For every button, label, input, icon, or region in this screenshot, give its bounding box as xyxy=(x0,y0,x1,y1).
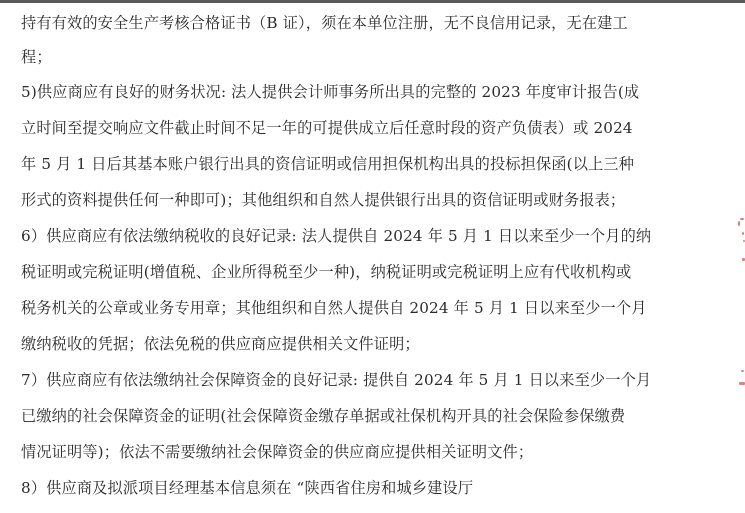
text-line-12: 已缴纳的社会保障资金的证明(社会保障资金缴存单据或社保机构开具的社会保险参保缴费 xyxy=(21,406,625,426)
text-line-4: 立时间至提交响应文件截止时间不足一年的可提供成立后任意时段的资产负债表）或 20… xyxy=(21,118,633,138)
text-line-6: 形式的资料提供任何一种即可)；其他组织和自然人提供银行出具的资信证明或财务报表； xyxy=(21,190,625,210)
text-line-3: 5)供应商应有良好的财务状况: 法人提供会计师事务所出具的完整的 2023 年度… xyxy=(21,82,639,102)
text-line-9: 税务机关的公章或业务专用章；其他组织和自然人提供自 2024 年 5 月 1 日… xyxy=(21,298,647,318)
text-line-7: 6）供应商应有依法缴纳税收的良好记录: 法人提供自 2024 年 5 月 1 日… xyxy=(21,226,651,246)
text-line-13: 情况证明等)；依法不需要缴纳社会保障资金的供应商应提供相关证明文件； xyxy=(21,442,533,462)
text-line-8: 税证明或完税证明(增值税、企业所得税至少一种)，纳税证明或完税证明上应有代收机构… xyxy=(21,262,631,282)
text-line-1: 持有有效的安全生产考核合格证书（B 证），须在本单位注册，无不良信用记录，无在建… xyxy=(21,13,628,33)
text-line-11: 7）供应商应有依法缴纳社会保障资金的良好记录: 提供自 2024 年 5 月 1… xyxy=(21,370,651,390)
text-line-14: 8）供应商及拟派项目经理基本信息须在 “陕西省住房和城乡建设厅 xyxy=(21,478,473,498)
document-page: 持有有效的安全生产考核合格证书（B 证），须在本单位注册，无不良信用记录，无在建… xyxy=(0,0,745,513)
text-line-2: 程； xyxy=(21,47,52,67)
text-line-5: 年 5 月 1 日后其基本账户银行出具的资信证明或信用担保机构出具的投标担保函(… xyxy=(21,154,634,174)
text-line-10: 缴纳税收的凭据；依法免税的供应商应提供相关文件证明； xyxy=(21,334,420,354)
